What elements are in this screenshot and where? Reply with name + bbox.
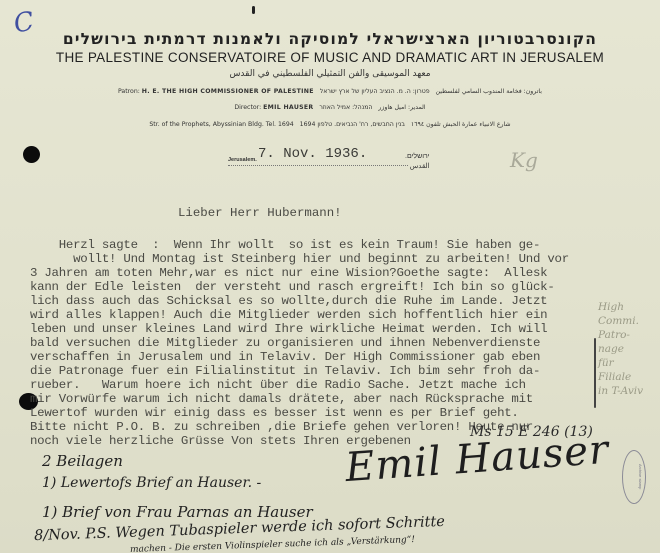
dateline-city-hebrew-arabic: ירושלים. القدس: [405, 152, 430, 172]
letter-line: lich dass auch das Schicksal es so wollt…: [30, 294, 547, 308]
margin-note-line: für: [598, 356, 660, 370]
letterhead-director-line: Director: EMIL HAUSER المدير: اميل هاوزر…: [0, 104, 660, 111]
enclosure-item-2: 1) Brief von Frau Parnas an Hauser: [42, 503, 313, 521]
address-english: Str. of the Prophets, Abyssinian Bldg. T…: [149, 121, 293, 128]
letter-line: die Patronage fuer ein Filialinstitut in…: [30, 364, 540, 378]
letter-line: wird alles klappen! Auch die Mitglieder …: [30, 308, 547, 322]
letter-line: 3 Jahren am toten Mehr,war es nict nur e…: [30, 266, 547, 280]
letter-line: bald versuchen die Mitglieder zu organis…: [30, 336, 540, 350]
director-arabic: المدير: اميل هاوزر: [378, 104, 425, 111]
margin-note-line: Filiale: [598, 370, 660, 384]
director-english-label: Director:: [234, 104, 261, 111]
dateline-city-arabic: القدس: [405, 162, 430, 172]
letter-line: Bitte nicht P.O. B. zu schreiben ,die Br…: [30, 420, 533, 434]
address-hebrew: בנין החבשים, רח' הנביאים. טלפון 1694: [300, 121, 405, 128]
ink-tick-mark: [252, 6, 255, 14]
archive-stamp-text: Archive stamp: [625, 455, 643, 499]
letter-line: wollt! Und Montag ist Steinberg hier und…: [30, 252, 569, 266]
address-arabic: شارع الانبياء عمارة الحبش تلفون ١٦٩٤: [411, 121, 511, 128]
letterhead-english-title: THE PALESTINE CONSERVATOIRE OF MUSIC AND…: [0, 50, 660, 65]
patron-english-value: H. E. THE HIGH COMMISSIONER OF PALESTINE: [142, 88, 314, 95]
margin-note-line: Patro-: [598, 328, 660, 342]
letterhead-hebrew-title: הקונסרבטוריון הארצישראלי למוסיקה ולאמנות…: [0, 30, 660, 48]
enclosures-title: 2 Beilagen: [42, 452, 123, 470]
letter-page: C הקונסרבטוריון הארצישראלי למוסיקה ולאמנ…: [0, 0, 660, 553]
margin-note-line: High: [598, 300, 660, 314]
letterhead-arabic-title: معهد الموسيقى والفن التمثيلي الفلسطيني ف…: [0, 69, 660, 79]
margin-note-line: Commi.: [598, 314, 660, 328]
patron-english-label: Patron:: [118, 88, 140, 95]
letter-line: leben und unser kleines Land wird Ihre w…: [30, 322, 547, 336]
pencil-note-kg: Kg: [510, 148, 538, 172]
archive-stamp: Archive stamp: [622, 450, 646, 504]
salutation: Lieber Herr Hubermann!: [178, 206, 342, 220]
director-english-value: EMIL HAUSER: [263, 104, 313, 111]
margin-bracket: [594, 338, 596, 408]
letter-line: rueber. Warum hoere ich nicht über die R…: [30, 378, 526, 392]
letter-date: 7. Nov. 1936.: [258, 146, 367, 162]
dateline-city-english: Jerusalem.: [228, 157, 257, 163]
dateline-city-hebrew: ירושלים.: [405, 152, 430, 162]
punch-hole-top: [23, 146, 40, 163]
letter-line: verschaffen in Jerusalem und in Telaviv.…: [30, 350, 540, 364]
director-hebrew: המנהל: אמיל האוזר: [319, 104, 372, 111]
enclosure-item-1: 1) Lewertofs Brief an Hauser. -: [42, 475, 261, 491]
letter-line: Herzl sagte : Wenn Ihr wollt so ist es k…: [30, 238, 540, 252]
letterhead-address-line: Str. of the Prophets, Abyssinian Bldg. T…: [0, 121, 660, 128]
margin-note-line: nage: [598, 342, 660, 356]
patron-hebrew: פטרון: ה. מ. הנציב העליון של ארץ ישראל: [320, 88, 430, 95]
letterhead-patron-line: Patron: H. E. THE HIGH COMMISSIONER OF P…: [0, 88, 660, 95]
margin-note-line: in T-Aviv: [598, 384, 660, 398]
letter-line: mir Vorwürfe warum ich nicht damals drät…: [30, 392, 533, 406]
margin-pencil-note: High Commi. Patro- nage für Filiale in T…: [598, 300, 660, 398]
letter-line: Lewertof wurden wir einig dass es besser…: [30, 406, 519, 420]
letter-line: kann der Edle leisten der versteht und r…: [30, 280, 555, 294]
patron-arabic: باترون: فخامة المندوب السامي لفلسطين: [436, 88, 543, 95]
